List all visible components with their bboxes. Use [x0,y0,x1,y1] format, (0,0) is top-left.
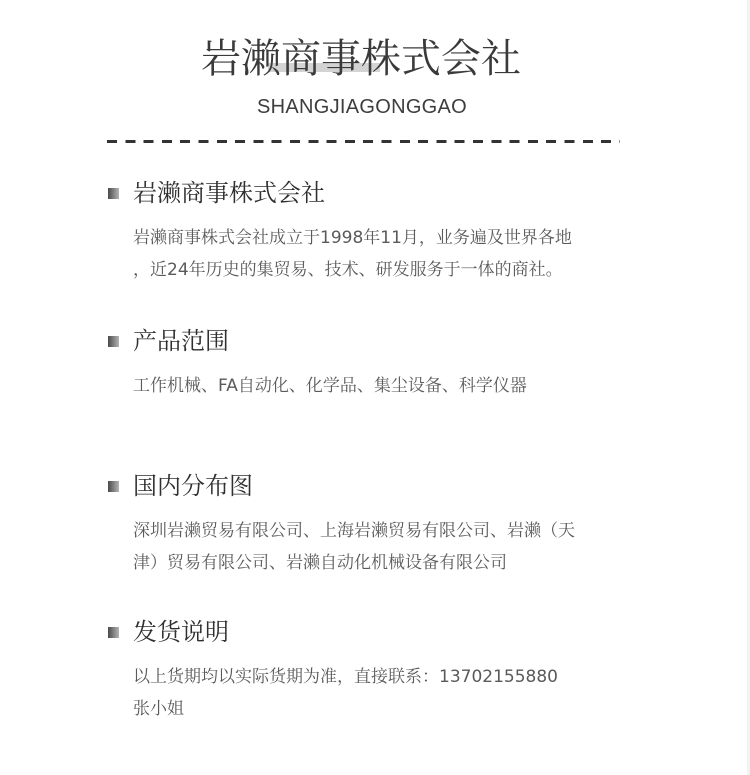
section-heading: 岩濑商事株式会社 [108,178,628,208]
section-body: 以上货期均以实际货期为准，直接联系：13702155880 张小姐 [133,661,628,725]
section-title: 发货说明 [133,617,229,647]
page-title: 岩濑商事株式会社 [201,34,521,84]
section-title: 国内分布图 [133,471,253,501]
body-line: 工作机械、FA自动化、化学品、集尘设备、科学仪器 [133,370,628,402]
body-line: 深圳岩濑贸易有限公司、上海岩濑贸易有限公司、岩濑（天 [133,515,628,547]
section-product-range: 产品范围 工作机械、FA自动化、化学品、集尘设备、科学仪器 [108,326,628,402]
page-header: 岩濑商事株式会社 [0,34,722,84]
section-body: 岩濑商事株式会社成立于1998年11月，业务遍及世界各地 ，近24年历史的集贸易… [133,222,628,286]
section-shipping-notes: 发货说明 以上货期均以实际货期为准，直接联系：13702155880 张小姐 [108,617,628,725]
square-bullet-icon [108,188,119,199]
dashed-divider [107,140,620,143]
square-bullet-icon [108,481,119,492]
section-title: 岩濑商事株式会社 [133,178,325,208]
section-domestic-distribution: 国内分布图 深圳岩濑贸易有限公司、上海岩濑贸易有限公司、岩濑（天 津）贸易有限公… [108,471,628,579]
section-body: 工作机械、FA自动化、化学品、集尘设备、科学仪器 [133,370,628,402]
section-body: 深圳岩濑贸易有限公司、上海岩濑贸易有限公司、岩濑（天 津）贸易有限公司、岩濑自动… [133,515,628,579]
body-line: 以上货期均以实际货期为准，直接联系：13702155880 [133,661,628,693]
section-heading: 国内分布图 [108,471,628,501]
page-subtitle: SHANGJIAGONGGAO [0,96,724,119]
body-line: ，近24年历史的集贸易、技术、研发服务于一体的商社。 [133,254,628,286]
square-bullet-icon [108,336,119,347]
body-line: 津）贸易有限公司、岩濑自动化机械设备有限公司 [133,547,628,579]
section-title: 产品范围 [133,326,229,356]
square-bullet-icon [108,627,119,638]
contact-name: 张小姐 [133,693,628,725]
section-heading: 产品范围 [108,326,628,356]
body-line: 岩濑商事株式会社成立于1998年11月，业务遍及世界各地 [133,222,628,254]
section-heading: 发货说明 [108,617,628,647]
section-company-intro: 岩濑商事株式会社 岩濑商事株式会社成立于1998年11月，业务遍及世界各地 ，近… [108,178,628,286]
